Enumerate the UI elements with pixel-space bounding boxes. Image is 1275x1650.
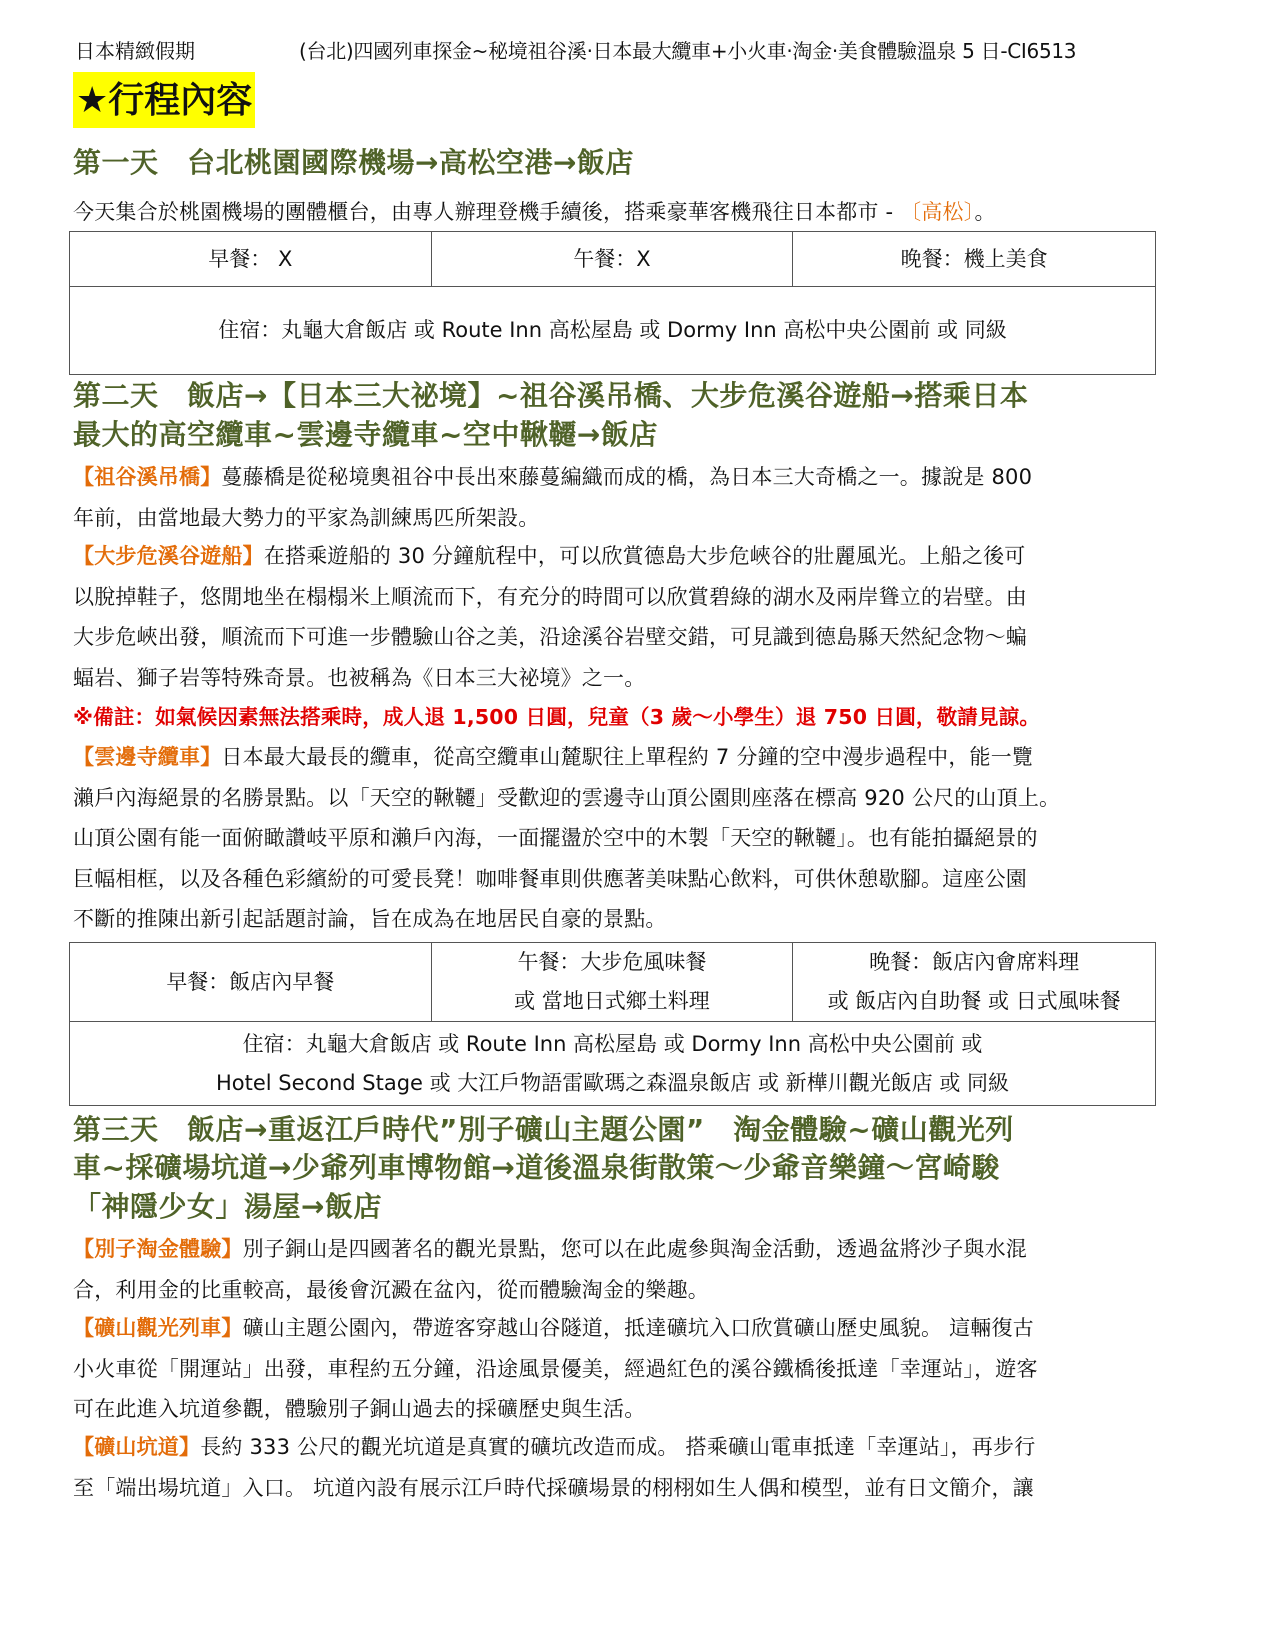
day3-paragraph-besshi-gold: 【別子淘金體驗】別子銅山是四國著名的觀光景點，您可以在此處參與淘金活動，透過盆將… — [73, 1229, 1158, 1310]
tag-besshi-gold: 【別子淘金體驗】 — [73, 1237, 243, 1261]
day2-dinner: 晚餐：飯店內會席料理 或 飯店內自助餐 或 日式風味餐 — [793, 943, 1156, 1022]
tag-oboke-boat: 【大步危溪谷遊船】 — [73, 544, 264, 568]
brand-name: 日本精緻假期 — [75, 38, 195, 64]
day1-hotel: 住宿：丸龜大倉飯店 或 Route Inn 高松屋島 或 Dormy Inn 高… — [70, 287, 1156, 375]
tag-iya-bridge: 【祖谷溪吊橋】 — [73, 465, 221, 489]
day2-lunch: 午餐：大步危風味餐 或 當地日式鄉土料理 — [431, 943, 793, 1022]
day2-paragraph-unpenji-ropeway: 【雲邊寺纜車】日本最大最長的纜車，從高空纜車山麓駅往上單程約 7 分鐘的空中漫步… — [73, 737, 1158, 940]
day3-title-line3: 「神隱少女」湯屋→飯店 — [73, 1187, 1163, 1227]
day2-paragraph-iya-bridge: 【祖谷溪吊橋】蔓藤橋是從秘境奧祖谷中長出來藤蔓編織而成的橋，為日本三大奇橋之一。… — [73, 457, 1158, 538]
day3-title-line2: 車~採礦場坑道→少爺列車博物館→道後溫泉街散策～少爺音樂鐘～宮崎駿 — [73, 1148, 1163, 1188]
day2-paragraph-oboke-boat: 【大步危溪谷遊船】在搭乘遊船的 30 分鐘航程中，可以欣賞德島大步危峽谷的壯麗風… — [73, 536, 1158, 698]
page-header: 日本精緻假期 (台北)四國列車探金~秘境祖谷溪‧日本最大纜車+小火車‧淘金‧美食… — [73, 38, 1163, 64]
day1-lunch: 午餐：X — [431, 232, 793, 287]
destination-highlight: 〔高松〕 — [900, 200, 974, 224]
day2-title-line1: 第二天 飯店→【日本三大祕境】~祖谷溪吊橋、大步危溪谷遊船→搭乘日本 — [73, 376, 1163, 416]
tag-mine-train: 【礦山觀光列車】 — [73, 1316, 243, 1340]
tag-unpenji-ropeway: 【雲邊寺纜車】 — [73, 745, 221, 769]
tag-mine-tunnel: 【礦山坑道】 — [73, 1435, 200, 1459]
day2-title-line2: 最大的高空纜車~雲邊寺纜車~空中鞦韆→飯店 — [73, 415, 1163, 455]
day1-breakfast: 早餐： X — [70, 232, 432, 287]
day2-refund-note: ※備註：如氣候因素無法搭乘時，成人退 1,500 日圓，兒童（3 歲～小學生）退… — [73, 697, 1158, 738]
day1-dinner: 晚餐：機上美食 — [793, 232, 1156, 287]
day3-paragraph-mine-tunnel: 【礦山坑道】長約 333 公尺的觀光坑道是真實的礦坑改造而成。 搭乘礦山電車抵達… — [73, 1427, 1158, 1508]
day2-meal-table: 早餐：飯店內早餐 午餐：大步危風味餐 或 當地日式鄉土料理 晚餐：飯店內會席料理… — [69, 942, 1156, 1106]
day1-intro: 今天集合於桃園機場的團體櫃台，由專人辦理登機手續後，搭乘豪華客機飛往日本都市 -… — [73, 192, 1158, 233]
day3-paragraph-mine-train: 【礦山觀光列車】礦山主題公園內，帶遊客穿越山谷隧道，抵達礦坑入口欣賞礦山歷史風貌… — [73, 1308, 1158, 1430]
day1-meal-table: 早餐： X 午餐：X 晚餐：機上美食 住宿：丸龜大倉飯店 或 Route Inn… — [69, 231, 1156, 375]
day3-title-line1: 第三天 飯店→重返江戶時代”別子礦山主題公園” 淘金體驗~礦山觀光列 — [73, 1110, 1163, 1150]
tour-title: (台北)四國列車探金~秘境祖谷溪‧日本最大纜車+小火車‧淘金‧美食體驗溫泉 5 … — [299, 38, 1076, 64]
day2-breakfast: 早餐：飯店內早餐 — [70, 943, 432, 1022]
day1-title: 第一天 台北桃園國際機場→高松空港→飯店 — [73, 143, 1163, 183]
section-title: ★行程內容 — [73, 72, 255, 128]
day2-hotel: 住宿：丸龜大倉飯店 或 Route Inn 高松屋島 或 Dormy Inn 高… — [70, 1022, 1156, 1106]
